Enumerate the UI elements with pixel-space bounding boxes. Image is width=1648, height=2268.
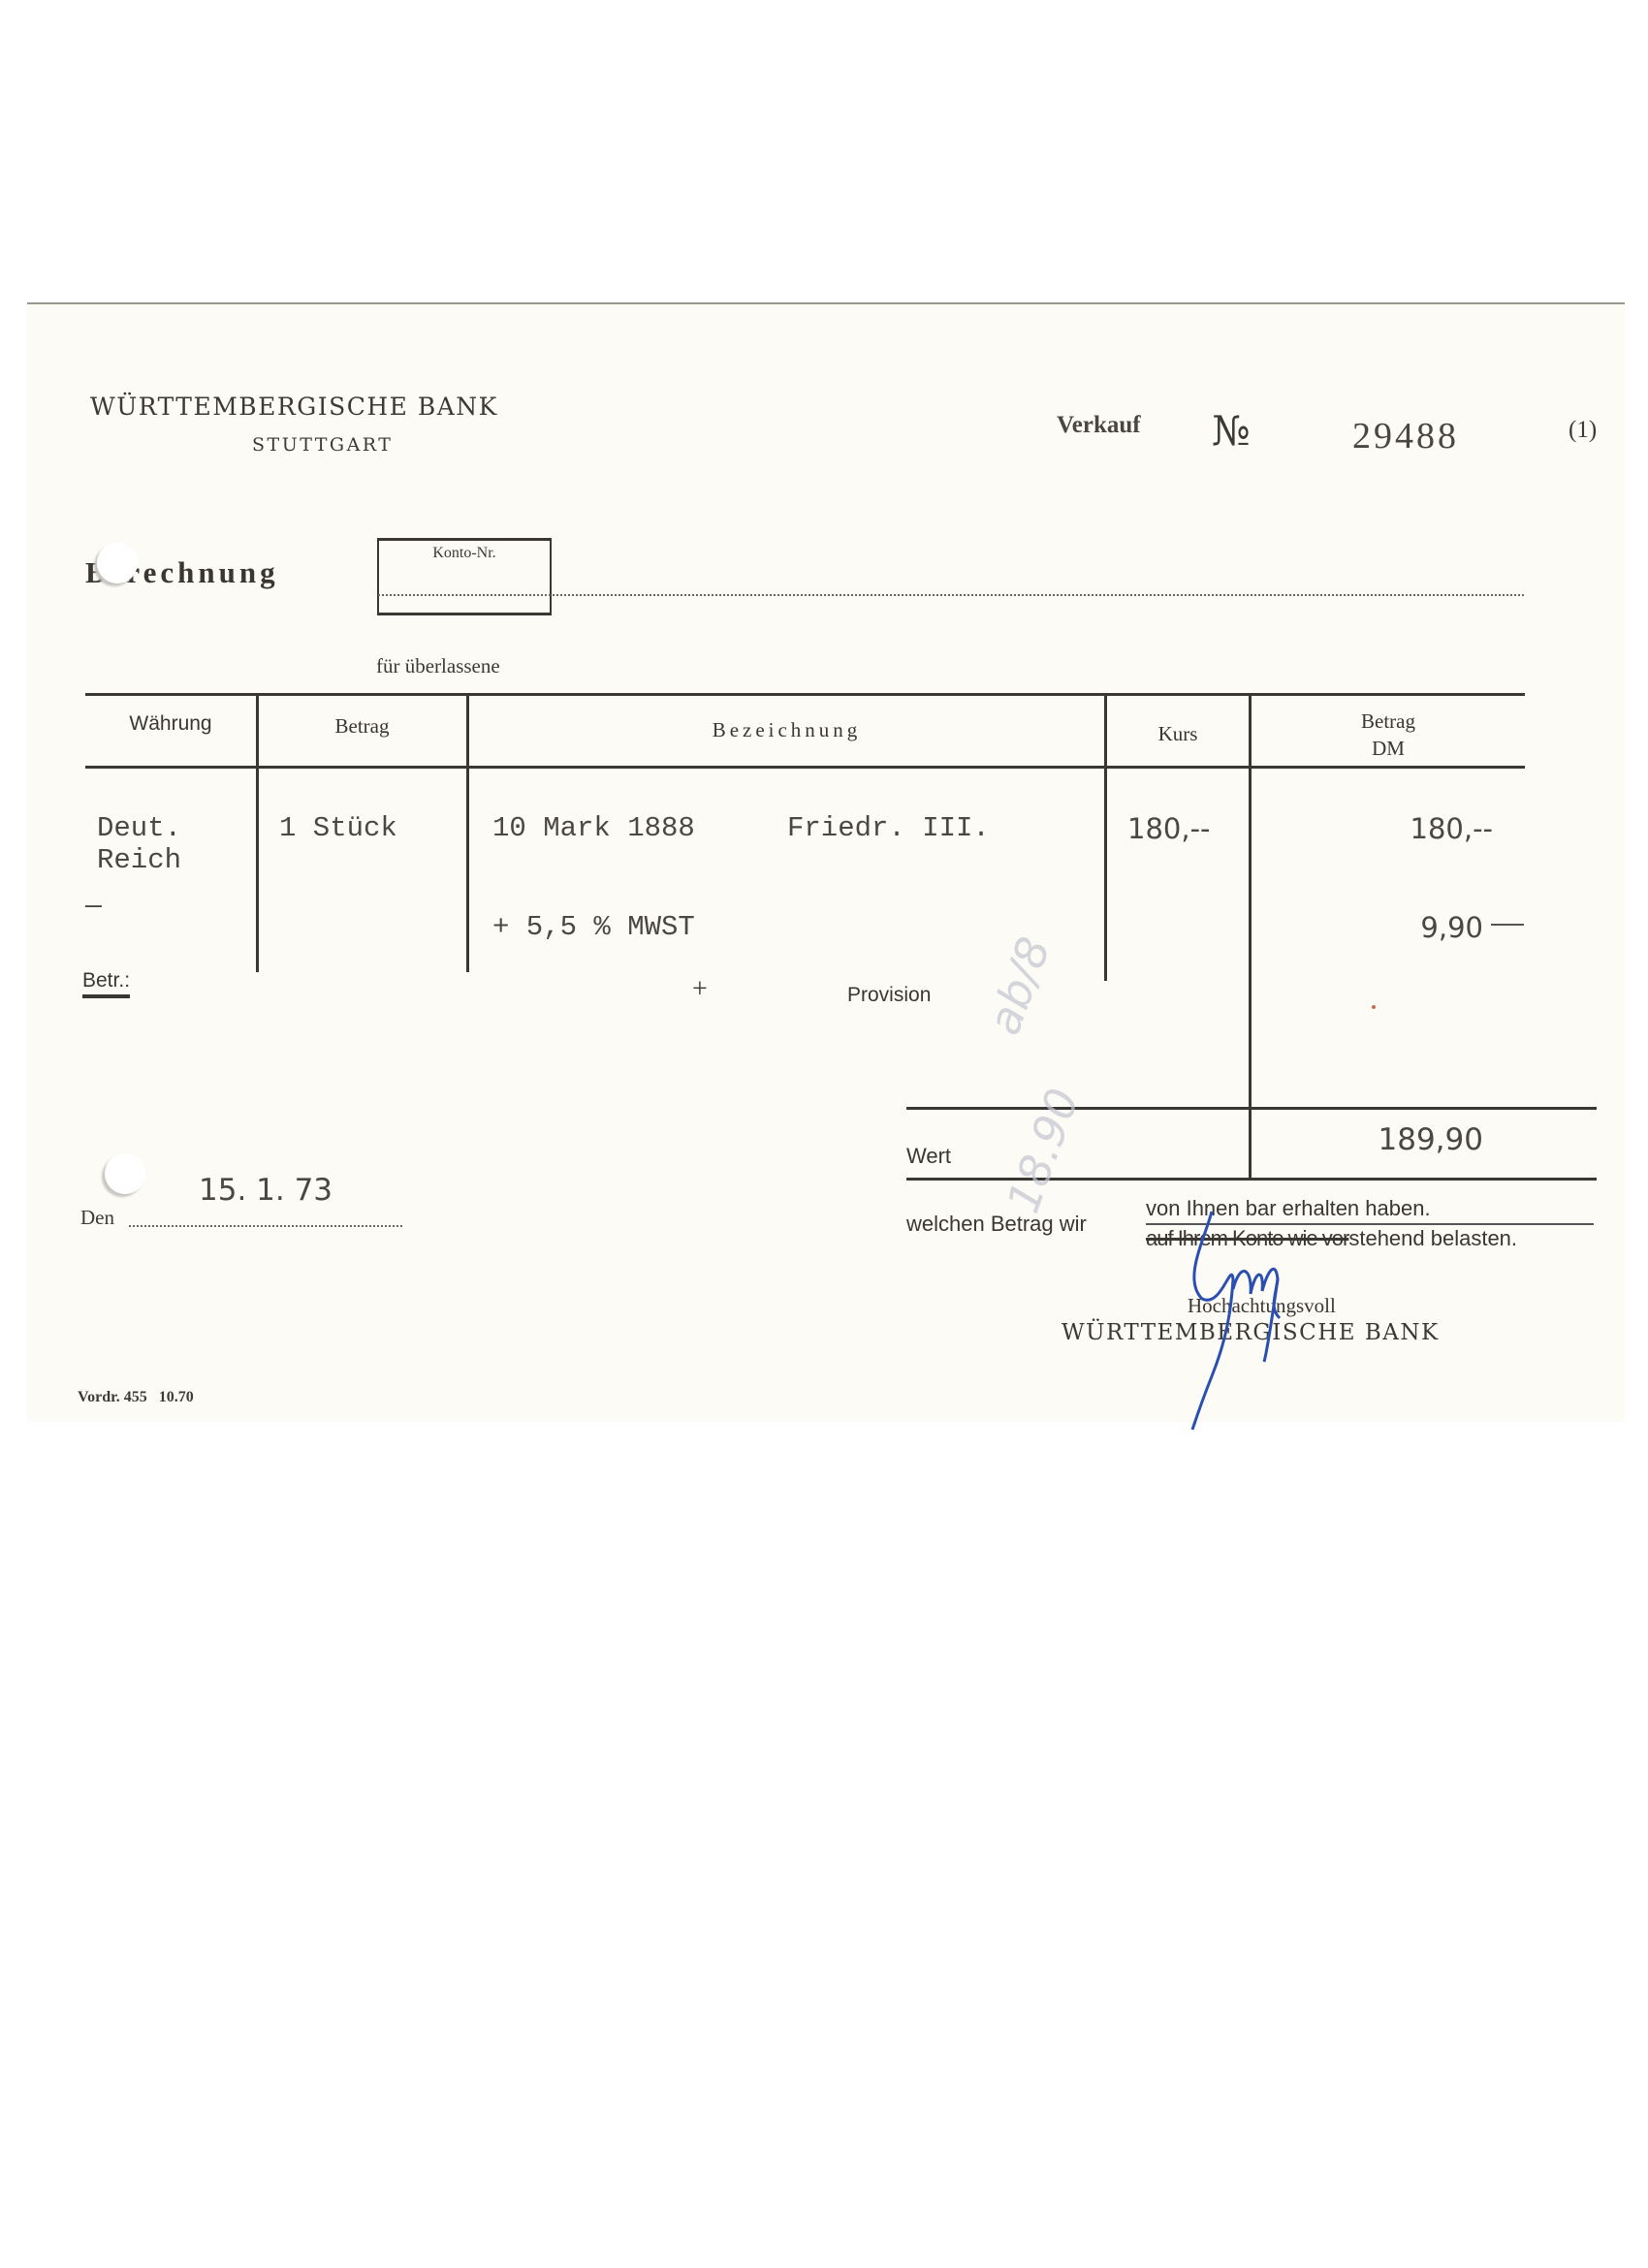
row1-amount-dm: 180,--	[1251, 812, 1493, 845]
payment-line-visible: stehend belasten.	[1348, 1226, 1517, 1250]
paper-speck	[1372, 1005, 1376, 1009]
col-header-waehrung: Währung	[85, 712, 256, 736]
date-dotted-line	[129, 1225, 402, 1227]
betr-label: Betr.:	[82, 969, 130, 998]
account-number-value	[379, 562, 550, 582]
account-number-box[interactable]: Konto-Nr.	[377, 538, 552, 615]
row1-quantity: 1 Stück	[279, 812, 397, 844]
col-header-betrag: Betrag	[258, 714, 466, 739]
col-header-kurs: Kurs	[1107, 722, 1249, 746]
total-label: Wert	[906, 1144, 951, 1169]
account-dotted-line	[378, 594, 1524, 596]
col-header-betrag-dm: Betrag DM	[1252, 708, 1525, 762]
row1-description: 10 Mark 1888	[492, 812, 695, 844]
punch-hole-top	[97, 543, 138, 583]
invoice-number: 29488	[1352, 415, 1459, 457]
row1-description-detail: Friedr. III.	[787, 812, 990, 844]
total-top-rule	[906, 1107, 1597, 1110]
row1-rate: 180,--	[1127, 812, 1211, 845]
plus-sign: +	[692, 974, 708, 1005]
row1-currency-line1: Deut.	[97, 812, 181, 844]
row2-amount-dash	[1491, 924, 1524, 926]
col-header-betrag-dm-line2: DM	[1252, 735, 1525, 762]
subtitle: für überlassene	[376, 654, 500, 678]
document-type-label: Verkauf	[1057, 412, 1141, 439]
col-header-betrag-dm-line1: Betrag	[1252, 708, 1525, 735]
row2-currency-dash: —	[85, 892, 102, 922]
signature-icon	[1163, 1202, 1357, 1434]
bank-city: STUTTGART	[252, 434, 393, 456]
total-value: 189,90	[1251, 1122, 1483, 1157]
row2-amount-dm: 9,90	[1251, 911, 1483, 944]
table-header-rule	[85, 766, 1525, 769]
date-label: Den	[80, 1206, 114, 1230]
invoice-sheet	[27, 302, 1625, 1422]
row2-description: + 5,5 % MWST	[492, 911, 695, 943]
row1-currency: Deut. Reich	[97, 812, 181, 876]
number-symbol: №	[1212, 407, 1251, 455]
copy-marker: (1)	[1569, 417, 1597, 444]
date-value: 15. 1. 73	[199, 1173, 333, 1208]
account-number-label: Konto-Nr.	[379, 545, 550, 562]
row1-currency-line2: Reich	[97, 844, 181, 876]
table-top-rule	[85, 693, 1525, 696]
bank-name: WÜRTTEMBERGISCHE BANK	[90, 393, 498, 421]
punch-hole-bottom	[105, 1153, 145, 1194]
form-code: Vordr. 455 10.70	[78, 1389, 194, 1406]
payment-prefix: welchen Betrag wir	[906, 1212, 1087, 1237]
col-header-bezeichnung: Bezeichnung	[469, 718, 1104, 742]
provision-label: Provision	[847, 984, 931, 1007]
